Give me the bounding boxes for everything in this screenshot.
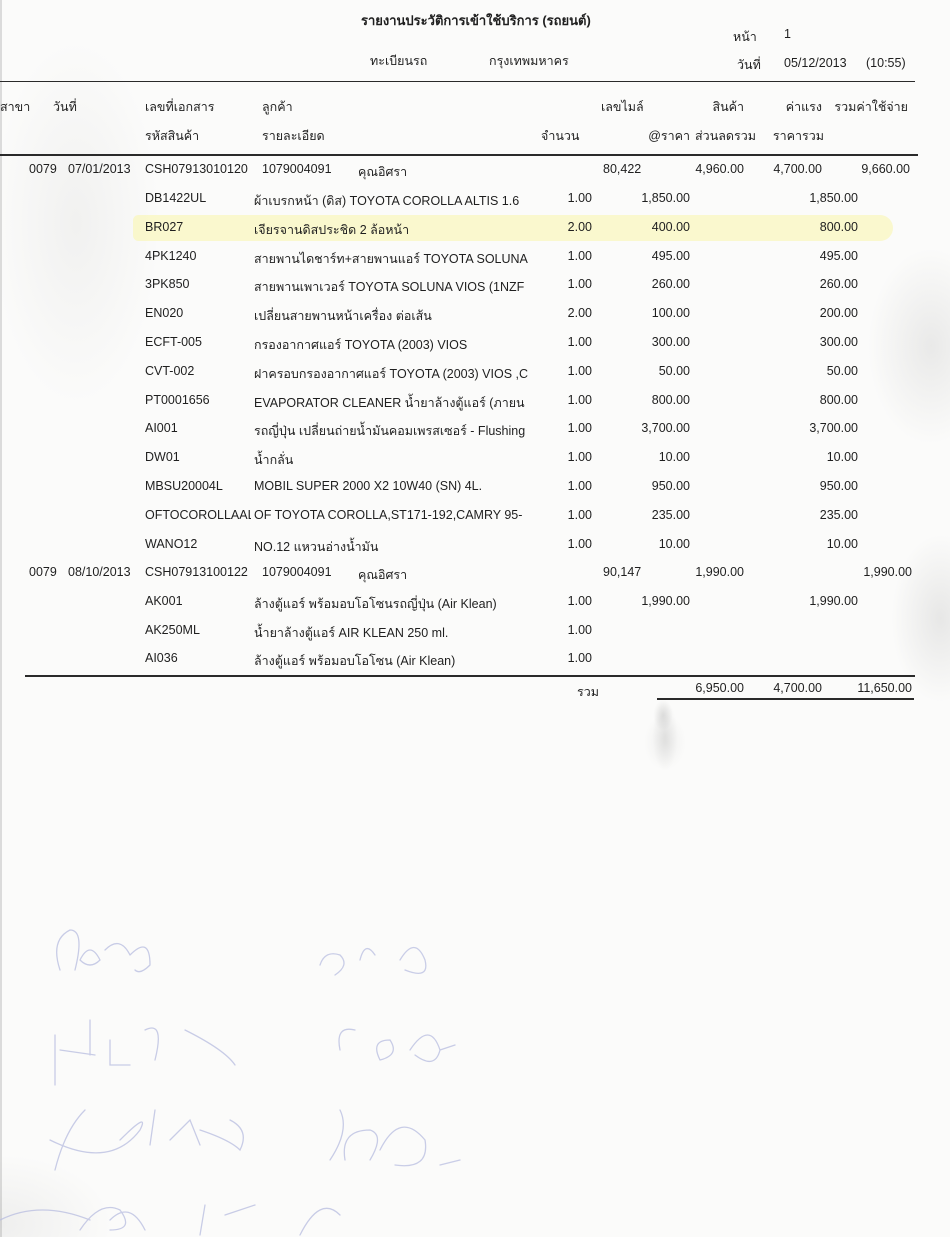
product-code: EN020 [145,306,251,320]
item-quantity: 1.00 [568,537,592,551]
header-top-rule [0,81,915,82]
item-net-price: 235.00 [820,508,858,522]
item-quantity: 1.00 [568,249,592,263]
col-doc-no: เลขที่เอกสาร [145,97,214,117]
customer-id: 1079004091 [262,565,332,579]
product-code: 4PK1240 [145,249,251,263]
product-code: AI001 [145,421,251,435]
item-unit-price: 3,700.00 [641,421,690,435]
line-item-row: BR027เจียรจานดิสประชิด 2 ล้อหน้า2.00400.… [0,220,950,248]
col-discount-total: ส่วนลดรวม [695,126,756,146]
item-unit-price: 100.00 [652,306,690,320]
col-mileage: เลขไมล์ [601,97,644,117]
page-label: หน้า [733,27,757,47]
item-quantity: 2.00 [568,306,592,320]
item-net-price: 495.00 [820,249,858,263]
item-net-price: 1,850.00 [809,191,858,205]
col-total-cost: รวมค่าใช้จ่าย [834,97,908,117]
item-quantity: 1.00 [568,191,592,205]
item-net-price: 1,990.00 [809,594,858,608]
labor-total: 4,700.00 [773,162,822,176]
col-unit-price: @ราคา [648,126,690,146]
item-unit-price: 1,990.00 [641,594,690,608]
item-quantity: 1.00 [568,594,592,608]
summary-product-total: 6,950.00 [695,681,744,695]
item-unit-price: 495.00 [652,249,690,263]
item-description: เปลี่ยนสายพานหน้าเครื่อง ต่อเส้น [254,306,528,326]
line-item-row: AK001ล้างตู้แอร์ พร้อมอบโอโซนรถญี่ปุ่น (… [0,594,950,622]
item-net-price: 3,700.00 [809,421,858,435]
item-quantity: 1.00 [568,508,592,522]
item-unit-price: 950.00 [652,479,690,493]
item-description: เจียรจานดิสประชิด 2 ล้อหน้า [254,220,528,240]
product-code: AI036 [145,651,251,665]
product-code: ECFT-005 [145,335,251,349]
item-net-price: 50.00 [827,364,858,378]
product-code: AK001 [145,594,251,608]
summary-grand-total: 11,650.00 [857,681,912,695]
product-code: AK250ML [145,623,251,637]
item-quantity: 1.00 [568,479,592,493]
product-total: 4,960.00 [695,162,744,176]
branch-code: 0079 [29,162,57,176]
col-quantity: จำนวน [541,126,579,146]
summary-label: รวม [577,682,599,702]
header-bottom-rule [0,154,918,156]
branch-code: 0079 [29,565,57,579]
item-unit-price: 10.00 [659,450,690,464]
plate-province: กรุงเทพมหาคร [489,51,569,71]
print-date-label: วันที่ [737,55,761,75]
mileage: 80,422 [603,162,641,176]
summary-labor-total: 4,700.00 [773,681,822,695]
col-net-price: ราคารวม [773,126,824,146]
item-description: EVAPORATOR CLEANER น้ำยาล้างตู้แอร์ (ภาย… [254,393,528,413]
print-date: 05/12/2013 [784,56,847,70]
customer-name: คุณอิศรา [358,162,407,182]
item-description: ผ้าเบรกหน้า (ดิส) TOYOTA COROLLA ALTIS 1… [254,191,528,211]
document-number: CSH07913100122 [145,565,248,579]
customer-name: คุณอิศรา [358,565,407,585]
item-description: สายพานไดชาร์ท+สายพานแอร์ TOYOTA SOLUNA [254,249,528,269]
grand-total: 9,660.00 [861,162,910,176]
line-item-row: OFTOCOROLLAALIOF TOYOTA COROLLA,ST171-19… [0,508,950,536]
item-description: กรองอากาศแอร์ TOYOTA (2003) VIOS [254,335,528,355]
line-item-row: EN020เปลี่ยนสายพานหน้าเครื่อง ต่อเส้น2.0… [0,306,950,334]
service-record-row: 0079 08/10/2013 CSH07913100122 107900409… [0,565,950,593]
item-quantity: 1.00 [568,421,592,435]
line-item-row: DW01น้ำกลั่น1.0010.0010.00 [0,450,950,478]
item-unit-price: 50.00 [659,364,690,378]
line-item-row: WANO12NO.12 แหวนอ่างน้ำมัน1.0010.0010.00 [0,537,950,565]
line-item-row: 3PK850สายพานเพาเวอร์ TOYOTA SOLUNA VIOS … [0,277,950,305]
line-item-row: MBSU20004LMOBIL SUPER 2000 X2 10W40 (SN)… [0,479,950,507]
item-quantity: 2.00 [568,220,592,234]
customer-id: 1079004091 [262,162,332,176]
product-code: BR027 [145,220,251,234]
summary-underline [657,698,914,700]
item-unit-price: 235.00 [652,508,690,522]
col-date: วันที่ [53,97,77,117]
product-total: 1,990.00 [695,565,744,579]
item-quantity: 1.00 [568,277,592,291]
product-code: DB1422UL [145,191,251,205]
line-item-row: AI001รถญี่ปุ่น เปลี่ยนถ่ายน้ำมันคอมเพรสเ… [0,421,950,449]
product-code: PT0001656 [145,393,251,407]
item-net-price: 300.00 [820,335,858,349]
col-product-code: รหัสสินค้า [145,126,199,146]
item-net-price: 950.00 [820,479,858,493]
item-unit-price: 300.00 [652,335,690,349]
product-code: DW01 [145,450,251,464]
service-record-row: 0079 07/01/2013 CSH07913010120 107900409… [0,162,950,190]
item-description: รถญี่ปุ่น เปลี่ยนถ่ายน้ำมันคอมเพรสเซอร์ … [254,421,528,441]
plate-label: ทะเบียนรถ [370,51,427,71]
item-unit-price: 800.00 [652,393,690,407]
col-customer: ลูกค้า [262,97,293,117]
table-bottom-rule [25,675,915,677]
product-code: 3PK850 [145,277,251,291]
item-quantity: 1.00 [568,623,592,637]
item-net-price: 260.00 [820,277,858,291]
item-description: ฝาครอบกรองอากาศแอร์ TOYOTA (2003) VIOS ,… [254,364,528,384]
service-date: 08/10/2013 [68,565,131,579]
line-item-row: 4PK1240สายพานไดชาร์ท+สายพานแอร์ TOYOTA S… [0,249,950,277]
col-labor: ค่าแรง [786,97,822,117]
col-branch: สาขา [0,97,30,117]
line-item-row: AK250MLน้ำยาล้างตู้แอร์ AIR KLEAN 250 ml… [0,623,950,651]
item-description: น้ำกลั่น [254,450,528,470]
item-net-price: 800.00 [820,393,858,407]
page-number: 1 [784,27,791,41]
document-number: CSH07913010120 [145,162,248,176]
report-title: รายงานประวัติการเข้าใช้บริการ (รถยนต์) [361,10,591,31]
item-unit-price: 400.00 [652,220,690,234]
item-description: NO.12 แหวนอ่างน้ำมัน [254,537,528,557]
mileage: 90,147 [603,565,641,579]
line-item-row: PT0001656EVAPORATOR CLEANER น้ำยาล้างตู้… [0,393,950,421]
item-description: ล้างตู้แอร์ พร้อมอบโอโซน (Air Klean) [254,651,528,671]
item-quantity: 1.00 [568,393,592,407]
item-unit-price: 260.00 [652,277,690,291]
item-description: น้ำยาล้างตู้แอร์ AIR KLEAN 250 ml. [254,623,528,643]
item-quantity: 1.00 [568,651,592,665]
item-description: MOBIL SUPER 2000 X2 10W40 (SN) 4L. [254,479,528,493]
line-item-row: CVT-002ฝาครอบกรองอากาศแอร์ TOYOTA (2003)… [0,364,950,392]
item-unit-price: 1,850.00 [641,191,690,205]
item-net-price: 200.00 [820,306,858,320]
item-description: สายพานเพาเวอร์ TOYOTA SOLUNA VIOS (1NZF [254,277,528,297]
item-description: OF TOYOTA COROLLA,ST171-192,CAMRY 95- [254,508,528,522]
product-code: CVT-002 [145,364,251,378]
col-product: สินค้า [712,97,744,117]
col-description: รายละเอียด [262,126,325,146]
item-quantity: 1.00 [568,335,592,349]
product-code: WANO12 [145,537,251,551]
item-unit-price: 10.00 [659,537,690,551]
item-net-price: 10.00 [827,450,858,464]
item-quantity: 1.00 [568,364,592,378]
bleed-through-handwriting [0,900,950,1237]
item-net-price: 10.00 [827,537,858,551]
service-date: 07/01/2013 [68,162,131,176]
item-quantity: 1.00 [568,450,592,464]
product-code: MBSU20004L [145,479,251,493]
grand-total: 1,990.00 [863,565,912,579]
product-code: OFTOCOROLLAALI [145,508,251,522]
line-item-row: ECFT-005กรองอากาศแอร์ TOYOTA (2003) VIOS… [0,335,950,363]
item-description: ล้างตู้แอร์ พร้อมอบโอโซนรถญี่ปุ่น (Air K… [254,594,528,614]
item-net-price: 800.00 [820,220,858,234]
print-time: (10:55) [866,56,906,70]
